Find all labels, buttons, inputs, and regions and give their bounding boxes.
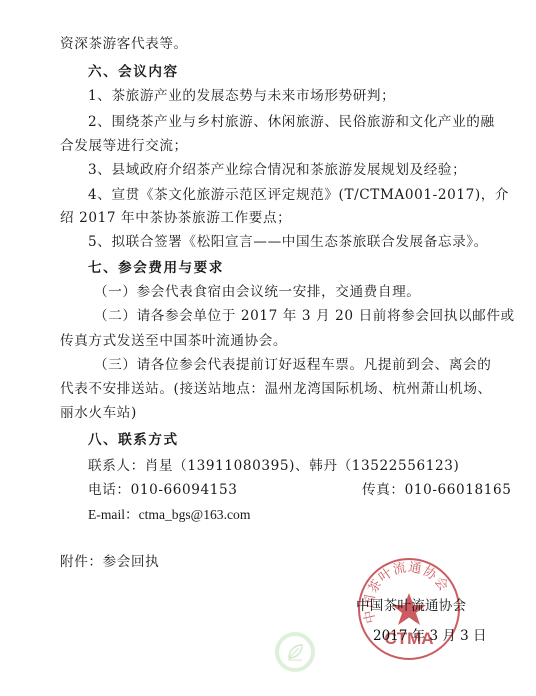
section-heading-contact: 八、联系方式 (88, 431, 179, 449)
meeting-item-1: 1、茶旅游产业的发展态势与未来市场形势研判； (88, 87, 395, 105)
requirement-2-line-1: （二）请各参会单位于 2017 年 3 月 20 日前将参会回执以邮件或 (94, 307, 515, 325)
paragraph-continuation: 资深茶游客代表等。 (60, 35, 188, 53)
tea-leaf-icon (285, 642, 305, 662)
contact-phone-fax-row: 电话：010-66094153 传真：010-66018165 (88, 481, 488, 499)
section-heading-meeting-content: 六、会议内容 (88, 63, 179, 81)
contact-persons: 联系人：肖星（13911080395)、韩丹（13522556123) (88, 457, 459, 475)
requirement-3-line-1: （三）请各位参会代表提前订好返程车票。凡提前到会、离会的 (94, 356, 491, 374)
attachment-note: 附件：参会回执 (60, 553, 159, 571)
meeting-item-4-line-1: 4、宣贯《茶文化旅游示范区评定规范》(T/CTMA001-2017)，介 (88, 186, 509, 204)
section-heading-fees-requirements: 七、参会费用与要求 (88, 259, 224, 277)
requirement-3-line-2: 代表不安排送站。(接送站地点：温州龙湾国际机场、杭州萧山机场、 (60, 380, 492, 398)
contact-phone: 电话：010-66094153 (88, 482, 238, 498)
meeting-item-5: 5、拟联合签署《松阳宣言——中国生态茶旅联合发展备忘录》。 (88, 233, 488, 251)
meeting-item-3: 3、县域政府介绍茶产业综合情况和茶旅游发展规划及经验； (88, 161, 466, 179)
contact-email: E-mail：ctma_bgs@163.com (88, 506, 250, 524)
requirement-2-line-2: 传真方式发送至中国茶叶流通协会。 (60, 332, 287, 350)
meeting-item-4-line-2: 绍 2017 年中茶协茶旅游工作要点； (60, 209, 291, 227)
signature-date: 2017 年 3 月 3 日 (373, 627, 487, 645)
contact-fax: 传真：010-66018165 (362, 481, 512, 499)
requirement-3-line-3: 丽水火车站) (60, 404, 137, 422)
meeting-item-2-line-1: 2、围绕茶产业与乡村旅游、休闲旅游、民俗旅游和文化产业的融 (88, 113, 495, 131)
meeting-item-2-line-2: 合发展等进行交流； (60, 137, 188, 155)
watermark-logo (275, 632, 315, 672)
requirement-1: （一）参会代表食宿由会议统一安排，交通费自理。 (94, 283, 420, 301)
signature-organization: 中国茶叶流通协会 (356, 597, 466, 615)
